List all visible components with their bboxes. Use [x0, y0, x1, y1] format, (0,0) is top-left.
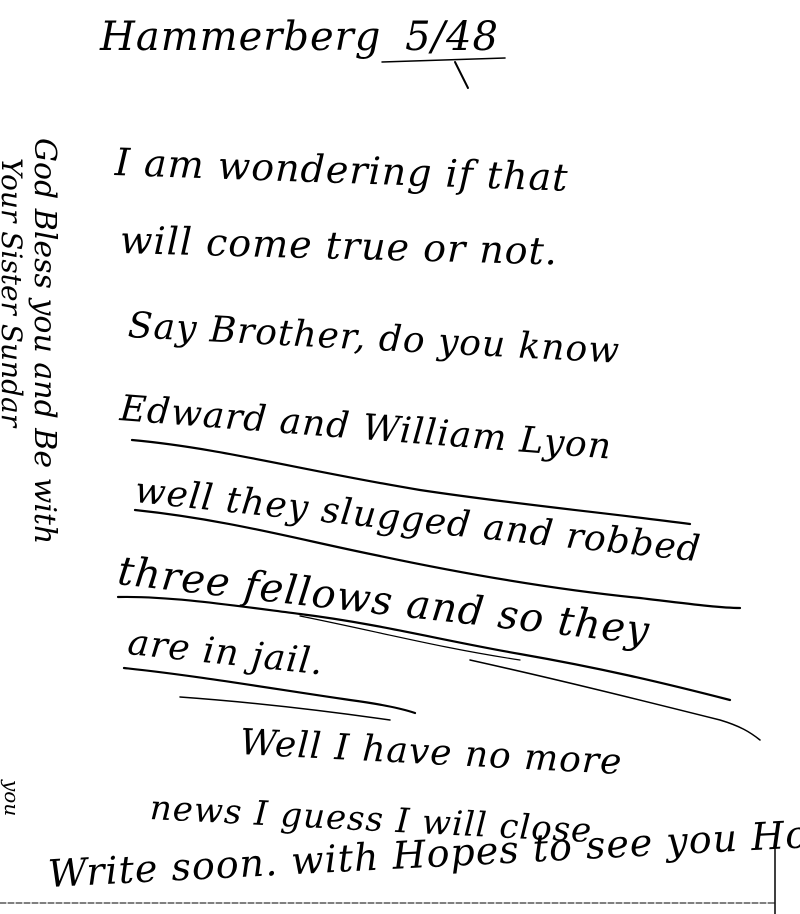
- heading-place: Hammerberg: [100, 14, 381, 60]
- underline-strokes: [0, 0, 800, 914]
- margin-note-line-1: God Bless you and Be with: [27, 138, 62, 544]
- margin-note-line-3: you: [0, 780, 24, 816]
- heading-date: 5/48: [405, 14, 499, 60]
- body-line-4: Edward and William Lyon: [118, 388, 613, 468]
- body-line-2: will come true or not.: [119, 218, 558, 273]
- body-line-3: Say Brother, do you know: [127, 305, 621, 372]
- body-line-5: well they slugged and robbed: [133, 470, 703, 570]
- margin-note-line-2: Your Sister Sundar: [0, 158, 28, 427]
- letter-page: Hammerberg 5/48 I am wondering if that w…: [0, 0, 800, 914]
- body-line-8: Well I have no more: [239, 722, 623, 783]
- letter-heading: Hammerberg 5/48: [100, 14, 499, 60]
- body-line-7: are in jail.: [126, 622, 326, 683]
- body-line-1: I am wondering if that: [114, 140, 569, 200]
